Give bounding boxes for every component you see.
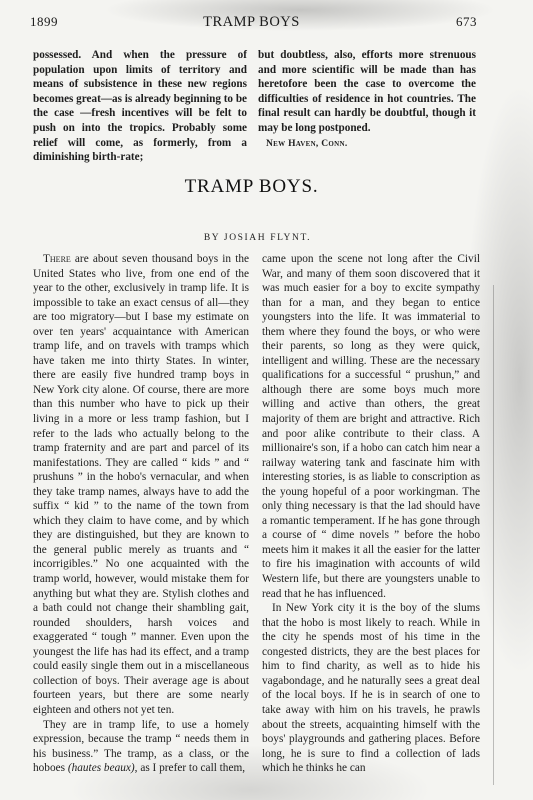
paragraph-text: , as I prefer to call them, [135,762,245,774]
article-byline: BY JOSIAH FLYNT. [0,233,515,243]
running-head-title: TRAMP BOYS [26,14,477,31]
article-paragraph: They are in tramp life, to use a homely … [33,718,249,776]
article-paragraph: came upon the scene not long after the C… [262,252,480,601]
drop-word: There [43,253,71,265]
article-title: TRAMP BOYS. [0,176,503,198]
previous-article-right-column: but doubtless, also, efforts more strenu… [258,48,476,151]
page-number: 673 [456,14,477,30]
article-paragraph: There are about seven thousand boys in t… [33,252,249,718]
article-right-column: came upon the scene not long after the C… [262,252,480,776]
previous-article-left-text: possessed. And when the pressure of popu… [33,48,247,165]
italic-phrase: (hautes beaux) [68,762,135,774]
previous-article-right-text: but doubtless, also, efforts more strenu… [258,48,476,136]
article-paragraph: In New York city it is the boy of the sl… [262,601,480,776]
article-left-column: There are about seven thousand boys in t… [33,252,249,776]
running-head: 1899 TRAMP BOYS 673 [26,14,477,30]
paragraph-text: are about seven thousand boys in the Uni… [33,253,249,716]
scan-margin-line [493,285,494,785]
previous-article-signature: New Haven, Conn. [266,137,476,152]
previous-article-left-column: possessed. And when the pressure of popu… [33,48,247,165]
